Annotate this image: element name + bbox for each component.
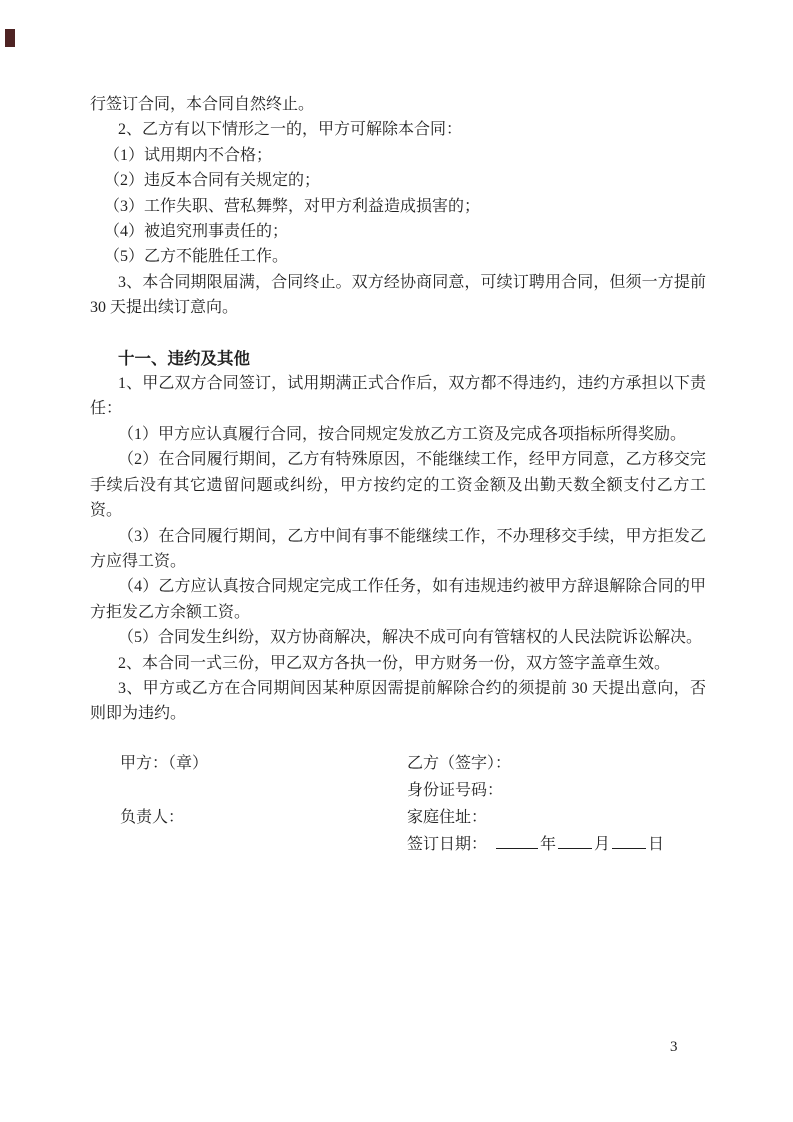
contract-paragraph: 行签订合同，本合同自然终止。	[90, 92, 706, 117]
contract-paragraph: （1）甲方应认真履行合同，按合同规定发放乙方工资及完成各项指标所得奖励。	[90, 422, 706, 447]
signature-row: 签订日期：年月日	[90, 831, 706, 858]
contract-paragraph: （3）工作失职、营私舞弊，对甲方利益造成损害的；	[90, 194, 706, 219]
contract-paragraph: 2、本合同一式三份，甲乙双方各执一份，甲方财务一份，双方签字盖章生效。	[90, 651, 706, 676]
id-number-label: 身份证号码：	[407, 782, 503, 799]
contract-paragraph: （4）乙方应认真按合同规定完成工作任务，如有违规违约被甲方辞退解除合同的甲方拒发…	[90, 574, 706, 625]
contract-paragraph: （2）违反本合同有关规定的；	[90, 168, 706, 193]
contract-paragraph: （3）在合同履行期间，乙方中间有事不能继续工作，不办理移交手续，甲方拒发乙方应得…	[90, 524, 706, 575]
contract-paragraph: 3、甲方或乙方在合同期间因某种原因需提前解除合约的须提前 30 天提出意向，否则…	[90, 676, 706, 727]
party-a-label: 甲方：（章）	[120, 750, 403, 777]
contract-paragraph: 2、乙方有以下情形之一的，甲方可解除本合同：	[90, 117, 706, 142]
date-label: 签订日期：	[407, 836, 487, 853]
day-blank-line	[612, 834, 646, 849]
month-blank-line	[558, 834, 592, 849]
signature-row: 身份证号码：	[90, 777, 706, 804]
month-label: 月	[594, 836, 610, 853]
contract-paragraph: （5）乙方不能胜任工作。	[90, 244, 706, 269]
page-number: 3	[670, 1039, 678, 1056]
signature-block: 甲方：（章） 乙方（签字）： 身份证号码： 负责人： 家庭住址： 签订日期：年月…	[90, 750, 706, 858]
contract-paragraph: （2）在合同履行期间，乙方有特殊原因，不能继续工作，经甲方同意，乙方移交完手续后…	[90, 447, 706, 523]
section-heading: 十一、违约及其他	[90, 346, 706, 371]
day-label: 日	[648, 836, 664, 853]
party-a-rep-label: 负责人：	[120, 804, 403, 831]
contract-paragraph: 3、本合同期限届满，合同终止。双方经协商同意，可续订聘用合同，但须一方提前 30…	[90, 270, 706, 321]
date-line: 签订日期：年月日	[407, 836, 664, 853]
address-label: 家庭住址：	[407, 809, 487, 826]
year-blank-line	[496, 834, 538, 849]
contract-paragraph: （1）试用期内不合格；	[90, 143, 706, 168]
contract-paragraph: 1、甲乙双方合同签订，试用期满正式合作后，双方都不得违约，违约方承担以下责任：	[90, 371, 706, 422]
contract-paragraph: （5）合同发生纠纷，双方协商解决，解决不成可向有管辖权的人民法院诉讼解决。	[90, 625, 706, 650]
party-b-label: 乙方（签字）：	[407, 755, 511, 772]
signature-row: 甲方：（章） 乙方（签字）：	[90, 750, 706, 777]
scan-artifact	[5, 29, 15, 47]
contract-body: 行签订合同，本合同自然终止。2、乙方有以下情形之一的，甲方可解除本合同：（1）试…	[90, 92, 706, 727]
year-label: 年	[540, 836, 556, 853]
signature-row: 负责人： 家庭住址：	[90, 804, 706, 831]
contract-paragraph: （4）被追究刑事责任的；	[90, 219, 706, 244]
document-page: 行签订合同，本合同自然终止。2、乙方有以下情形之一的，甲方可解除本合同：（1）试…	[0, 0, 793, 1122]
